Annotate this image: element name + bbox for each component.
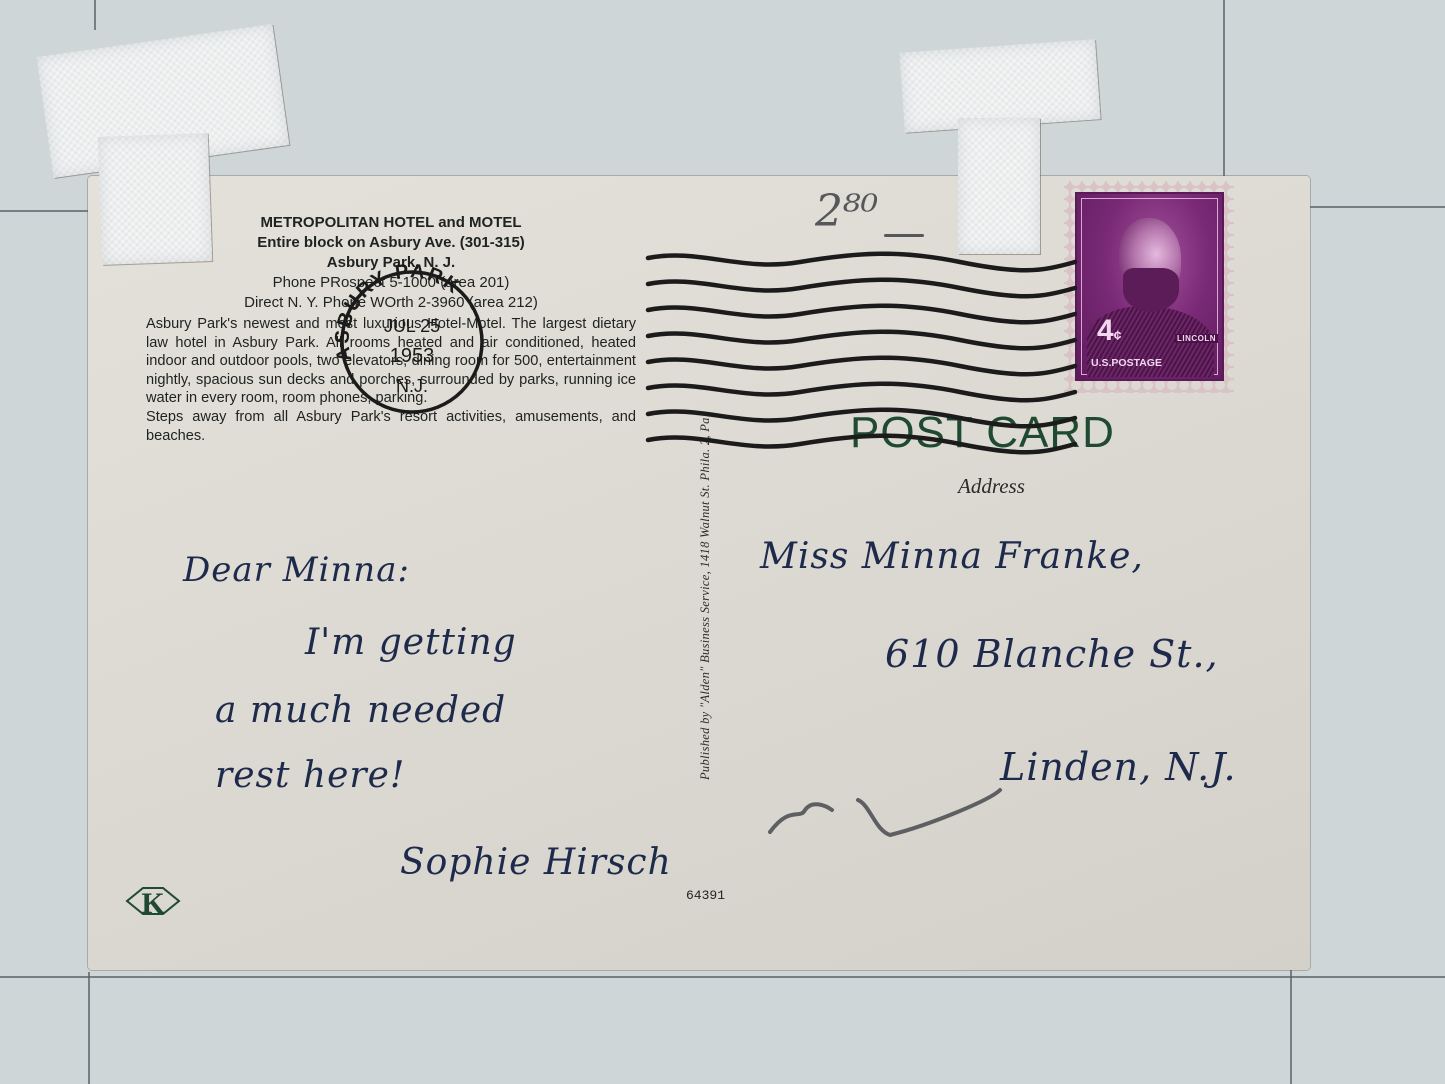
message-signature: Sophie Hirsch — [400, 842, 672, 883]
board-gridline — [88, 972, 90, 1084]
message-line: rest here! — [215, 755, 405, 796]
stamp-denomination: 4¢ — [1097, 314, 1121, 348]
board-gridline — [1223, 0, 1225, 176]
hotel-advertisement: METROPOLITAN HOTEL and MOTEL Entire bloc… — [146, 213, 636, 445]
hotel-description-paragraph: Asbury Park's newest and most luxurious … — [146, 315, 636, 408]
board-gridline — [0, 210, 90, 212]
board-gridline — [0, 976, 1445, 978]
diamond-k-logo-icon: K — [125, 880, 181, 922]
hotel-name: METROPOLITAN HOTEL and MOTEL — [146, 213, 636, 233]
publisher-logo: K — [125, 880, 181, 922]
price-underline — [884, 234, 924, 237]
hotel-description: Asbury Park's newest and most luxurious … — [146, 315, 636, 445]
hotel-location: Entire block on Asbury Ave. (301-315) — [146, 233, 636, 253]
hotel-city: Asbury Park, N. J. — [146, 253, 636, 273]
price-note: 2⁸⁰ — [815, 186, 878, 237]
hotel-description-paragraph: Steps away from all Asbury Park's resort… — [146, 408, 636, 445]
postcard-title: POST CARD — [850, 408, 1115, 458]
stamp-country-text: U.S.POSTAGE — [1091, 357, 1162, 369]
card-number: 64391 — [686, 888, 725, 903]
hotel-phone: Phone PRospect 5-1000 (area 201) — [146, 273, 636, 293]
recipient-city: Linden, N.J. — [1000, 745, 1237, 789]
message-salutation: Dear Minna: — [183, 550, 410, 590]
tape-strip — [958, 118, 1040, 254]
message-line: I'm getting — [305, 622, 517, 663]
postage-stamp: 4¢ LINCOLN U.S.POSTAGE — [1075, 192, 1224, 381]
board-gridline — [1290, 970, 1292, 1084]
board-gridline — [1310, 206, 1445, 208]
tape-strip — [98, 133, 212, 265]
publisher-line: Published by "Alden" Business Service, 1… — [698, 414, 713, 780]
message-line: a much needed — [215, 690, 506, 731]
stamp-portrait-label: LINCOLN — [1175, 334, 1218, 343]
svg-text:K: K — [141, 887, 165, 920]
hotel-ny-phone: Direct N. Y. Phone WOrth 2-3960 (area 21… — [146, 293, 636, 313]
stamp-portrait-beard — [1123, 268, 1179, 312]
recipient-street: 610 Blanche St., — [885, 632, 1219, 676]
address-label: Address — [958, 474, 1025, 499]
recipient-name: Miss Minna Franke, — [760, 536, 1144, 577]
board-gridline — [94, 0, 96, 30]
